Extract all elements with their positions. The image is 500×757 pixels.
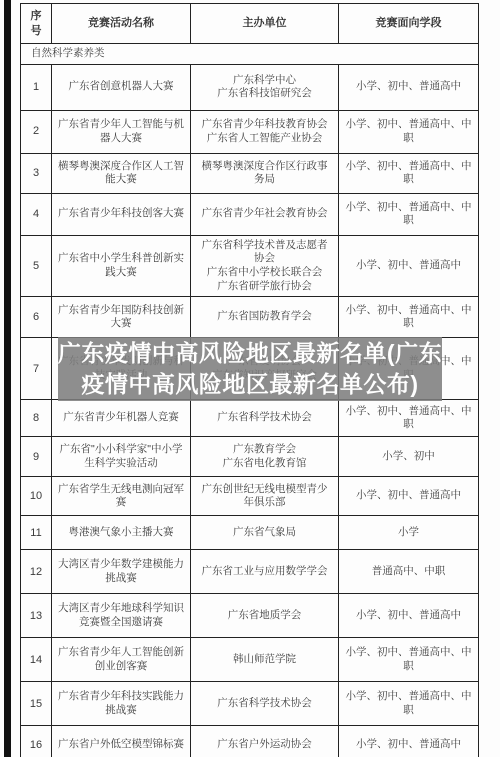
organizer-cell: 广东省国防教育学会 — [191, 297, 339, 338]
row-number: 4 — [21, 193, 52, 235]
table-row: 3 横琴粤澳深度合作区人工智能大赛 横琴粤澳深度合作区行政事务局 小学、初中、普… — [21, 153, 479, 193]
table-row: 5 广东省中小学生科普创新实践大赛 广东省科学技术普及志愿者协会广东省中小学校长… — [21, 235, 479, 297]
table-row: 12 大湾区青少年数学建模能力挑战赛 广东省工业与应用数学学会 普通高中、中职 — [21, 550, 479, 594]
organizer-cell: 广东省气象局 — [191, 516, 339, 550]
competition-name: 广东省户外低空模型锦标赛 — [52, 726, 191, 757]
competition-name: 广东省青少年人工智能创新创业创客赛 — [52, 638, 191, 682]
organizer-cell: 广东省科学技术协会 — [191, 682, 339, 726]
table-row: 6 广东省青少年国防科技创新大赛 广东省国防教育学会 小学、初中、普通高中、中职 — [21, 297, 479, 338]
stage-cell: 小学、初中、普通高中、中职 — [339, 153, 479, 193]
header-cell-no: 序号 — [21, 4, 52, 44]
stage-cell: 小学、初中、普通高中 — [339, 235, 479, 297]
row-number: 16 — [21, 726, 52, 757]
table-header: 序号 竞赛活动名称 主办单位 竞赛面向学段 — [21, 4, 479, 44]
organizer-cell: 广东省工业与应用数学学会 — [191, 550, 339, 594]
section-label: 自然科学素养类 — [21, 44, 479, 65]
organizer-line: 韩山师范学院 — [200, 653, 329, 667]
table-row: 9 广东省"小小科学家"中小学生科学实验活动 广东教育学会广东省电化教育馆 小学… — [21, 437, 479, 477]
organizer-line: 广东省科技馆研究会 — [200, 87, 329, 101]
row-number: 10 — [21, 477, 52, 516]
table-row: 16 广东省户外低空模型锦标赛 广东省户外运动协会 小学、初中、普通高中 — [21, 726, 479, 757]
table-row: 4 广东省青少年科技创客大赛 广东省青少年社会教育协会 小学、初中、普通高中、中… — [21, 193, 479, 235]
competition-name: 粤港澳气象小主播大赛 — [52, 516, 191, 550]
organizer-line: 广东省地质学会 — [200, 609, 329, 623]
stage-cell: 小学、初中、普通高中、中职 — [339, 682, 479, 726]
organizer-line: 广东创世纪无线电模型青少年俱乐部 — [200, 483, 329, 510]
headline-overlay-banner: 广东疫情中高风险地区最新名单(广东 疫情中高风险地区最新名单公布) — [58, 337, 442, 401]
header-cell-name: 竞赛活动名称 — [52, 4, 191, 44]
headline-line-2: 疫情中高风险地区最新名单公布) — [81, 369, 418, 400]
competition-name: 广东省青少年科技实践能力挑战赛 — [52, 682, 191, 726]
organizer-line: 广东省科学技术普及志愿者协会 — [200, 239, 329, 266]
organizer-cell: 广东教育学会广东省电化教育馆 — [191, 437, 339, 477]
stage-cell: 小学、初中、普通高中 — [339, 477, 479, 516]
stage-cell: 小学、初中、普通高中 — [339, 726, 479, 757]
organizer-line: 广东省人工智能产业协会 — [200, 132, 329, 146]
row-number: 15 — [21, 682, 52, 726]
organizer-line: 广东省电化教育馆 — [200, 457, 329, 471]
row-number: 14 — [21, 638, 52, 682]
stage-cell: 小学、初中、普通高中 — [339, 594, 479, 638]
table-row: 10 广东省学生无线电测向冠军赛 广东创世纪无线电模型青少年俱乐部 小学、初中、… — [21, 477, 479, 516]
organizer-line: 广东教育学会 — [200, 443, 329, 457]
header-cell-organizer: 主办单位 — [191, 4, 339, 44]
stage-cell: 小学、初中、普通高中、中职 — [339, 110, 479, 153]
competition-name: 横琴粤澳深度合作区人工智能大赛 — [52, 153, 191, 193]
competition-name: 广东省青少年科技创客大赛 — [52, 193, 191, 235]
organizer-cell: 广东省青少年社会教育协会 — [191, 193, 339, 235]
section-row: 自然科学素养类 — [21, 44, 479, 65]
competition-name: 广东省创意机器人大赛 — [52, 64, 191, 110]
organizer-cell: 广东省户外运动协会 — [191, 726, 339, 757]
organizer-cell: 横琴粤澳深度合作区行政事务局 — [191, 153, 339, 193]
organizer-cell: 广东创世纪无线电模型青少年俱乐部 — [191, 477, 339, 516]
table-row: 2 广东省青少年人工智能与机器人大赛 广东省青少年科技教育协会广东省人工智能产业… — [21, 110, 479, 153]
row-number: 2 — [21, 110, 52, 153]
stage-cell: 小学、初中、普通高中 — [339, 64, 479, 110]
stage-cell: 普通高中、中职 — [339, 550, 479, 594]
organizer-cell: 韩山师范学院 — [191, 638, 339, 682]
organizer-line: 广东省中小学校长联合会 — [200, 266, 329, 280]
row-number: 12 — [21, 550, 52, 594]
stage-cell: 小学 — [339, 516, 479, 550]
stage-cell: 小学、初中、普通高中、中职 — [339, 193, 479, 235]
table-row: 14 广东省青少年人工智能创新创业创客赛 韩山师范学院 小学、初中、普通高中、中… — [21, 638, 479, 682]
table-row: 11 粤港澳气象小主播大赛 广东省气象局 小学 — [21, 516, 479, 550]
stage-cell: 小学、初中、普通高中、中职 — [339, 400, 479, 437]
organizer-cell: 广东省青少年科技教育协会广东省人工智能产业协会 — [191, 110, 339, 153]
organizer-line: 广东科学中心 — [200, 74, 329, 88]
row-number: 5 — [21, 235, 52, 297]
competition-name: 广东省青少年机器人竞赛 — [52, 400, 191, 437]
row-number: 7 — [21, 338, 52, 400]
competition-name: 广东省"小小科学家"中小学生科学实验活动 — [52, 437, 191, 477]
competition-name: 广东省学生无线电测向冠军赛 — [52, 477, 191, 516]
organizer-cell: 广东省科学技术协会 — [191, 400, 339, 437]
row-number: 6 — [21, 297, 52, 338]
table-row: 1 广东省创意机器人大赛 广东科学中心广东省科技馆研究会 小学、初中、普通高中 — [21, 64, 479, 110]
competition-name: 广东省青少年国防科技创新大赛 — [52, 297, 191, 338]
organizer-line: 广东省户外运动协会 — [200, 738, 329, 752]
organizer-line: 广东省科学技术协会 — [200, 697, 329, 711]
organizer-line: 广东省研学旅行协会 — [200, 280, 329, 294]
competition-name: 大湾区青少年数学建模能力挑战赛 — [52, 550, 191, 594]
row-number: 13 — [21, 594, 52, 638]
row-number: 3 — [21, 153, 52, 193]
organizer-line: 广东省工业与应用数学学会 — [200, 565, 329, 579]
organizer-line: 广东省气象局 — [200, 526, 329, 540]
table-row: 8 广东省青少年机器人竞赛 广东省科学技术协会 小学、初中、普通高中、中职 — [21, 400, 479, 437]
row-number: 1 — [21, 64, 52, 110]
table-row: 13 大湾区青少年地球科学知识竞赛暨全国邀请赛 广东省地质学会 小学、初中、普通… — [21, 594, 479, 638]
stage-cell: 小学、初中、普通高中、中职 — [339, 297, 479, 338]
table-row: 15 广东省青少年科技实践能力挑战赛 广东省科学技术协会 小学、初中、普通高中、… — [21, 682, 479, 726]
stage-cell: 小学、初中、普通高中、中职 — [339, 638, 479, 682]
row-number: 9 — [21, 437, 52, 477]
row-number: 8 — [21, 400, 52, 437]
organizer-line: 广东省青少年社会教育协会 — [200, 207, 329, 221]
left-border-strip — [4, 0, 11, 757]
organizer-line: 横琴粤澳深度合作区行政事务局 — [200, 160, 329, 187]
header-cell-stage: 竞赛面向学段 — [339, 4, 479, 44]
organizer-line: 广东省国防教育学会 — [200, 310, 329, 324]
organizer-cell: 广东省科学技术普及志愿者协会广东省中小学校长联合会广东省研学旅行协会 — [191, 235, 339, 297]
stage-cell: 小学、初中 — [339, 437, 479, 477]
competition-name: 广东省青少年人工智能与机器人大赛 — [52, 110, 191, 153]
organizer-line: 广东省青少年科技教育协会 — [200, 118, 329, 132]
row-number: 11 — [21, 516, 52, 550]
organizer-cell: 广东省地质学会 — [191, 594, 339, 638]
organizer-cell: 广东科学中心广东省科技馆研究会 — [191, 64, 339, 110]
competition-name: 广东省中小学生科普创新实践大赛 — [52, 235, 191, 297]
competition-name: 大湾区青少年地球科学知识竞赛暨全国邀请赛 — [52, 594, 191, 638]
headline-line-1: 广东疫情中高风险地区最新名单(广东 — [58, 338, 442, 369]
organizer-line: 广东省科学技术协会 — [200, 411, 329, 425]
header-row: 序号 竞赛活动名称 主办单位 竞赛面向学段 — [21, 4, 479, 44]
